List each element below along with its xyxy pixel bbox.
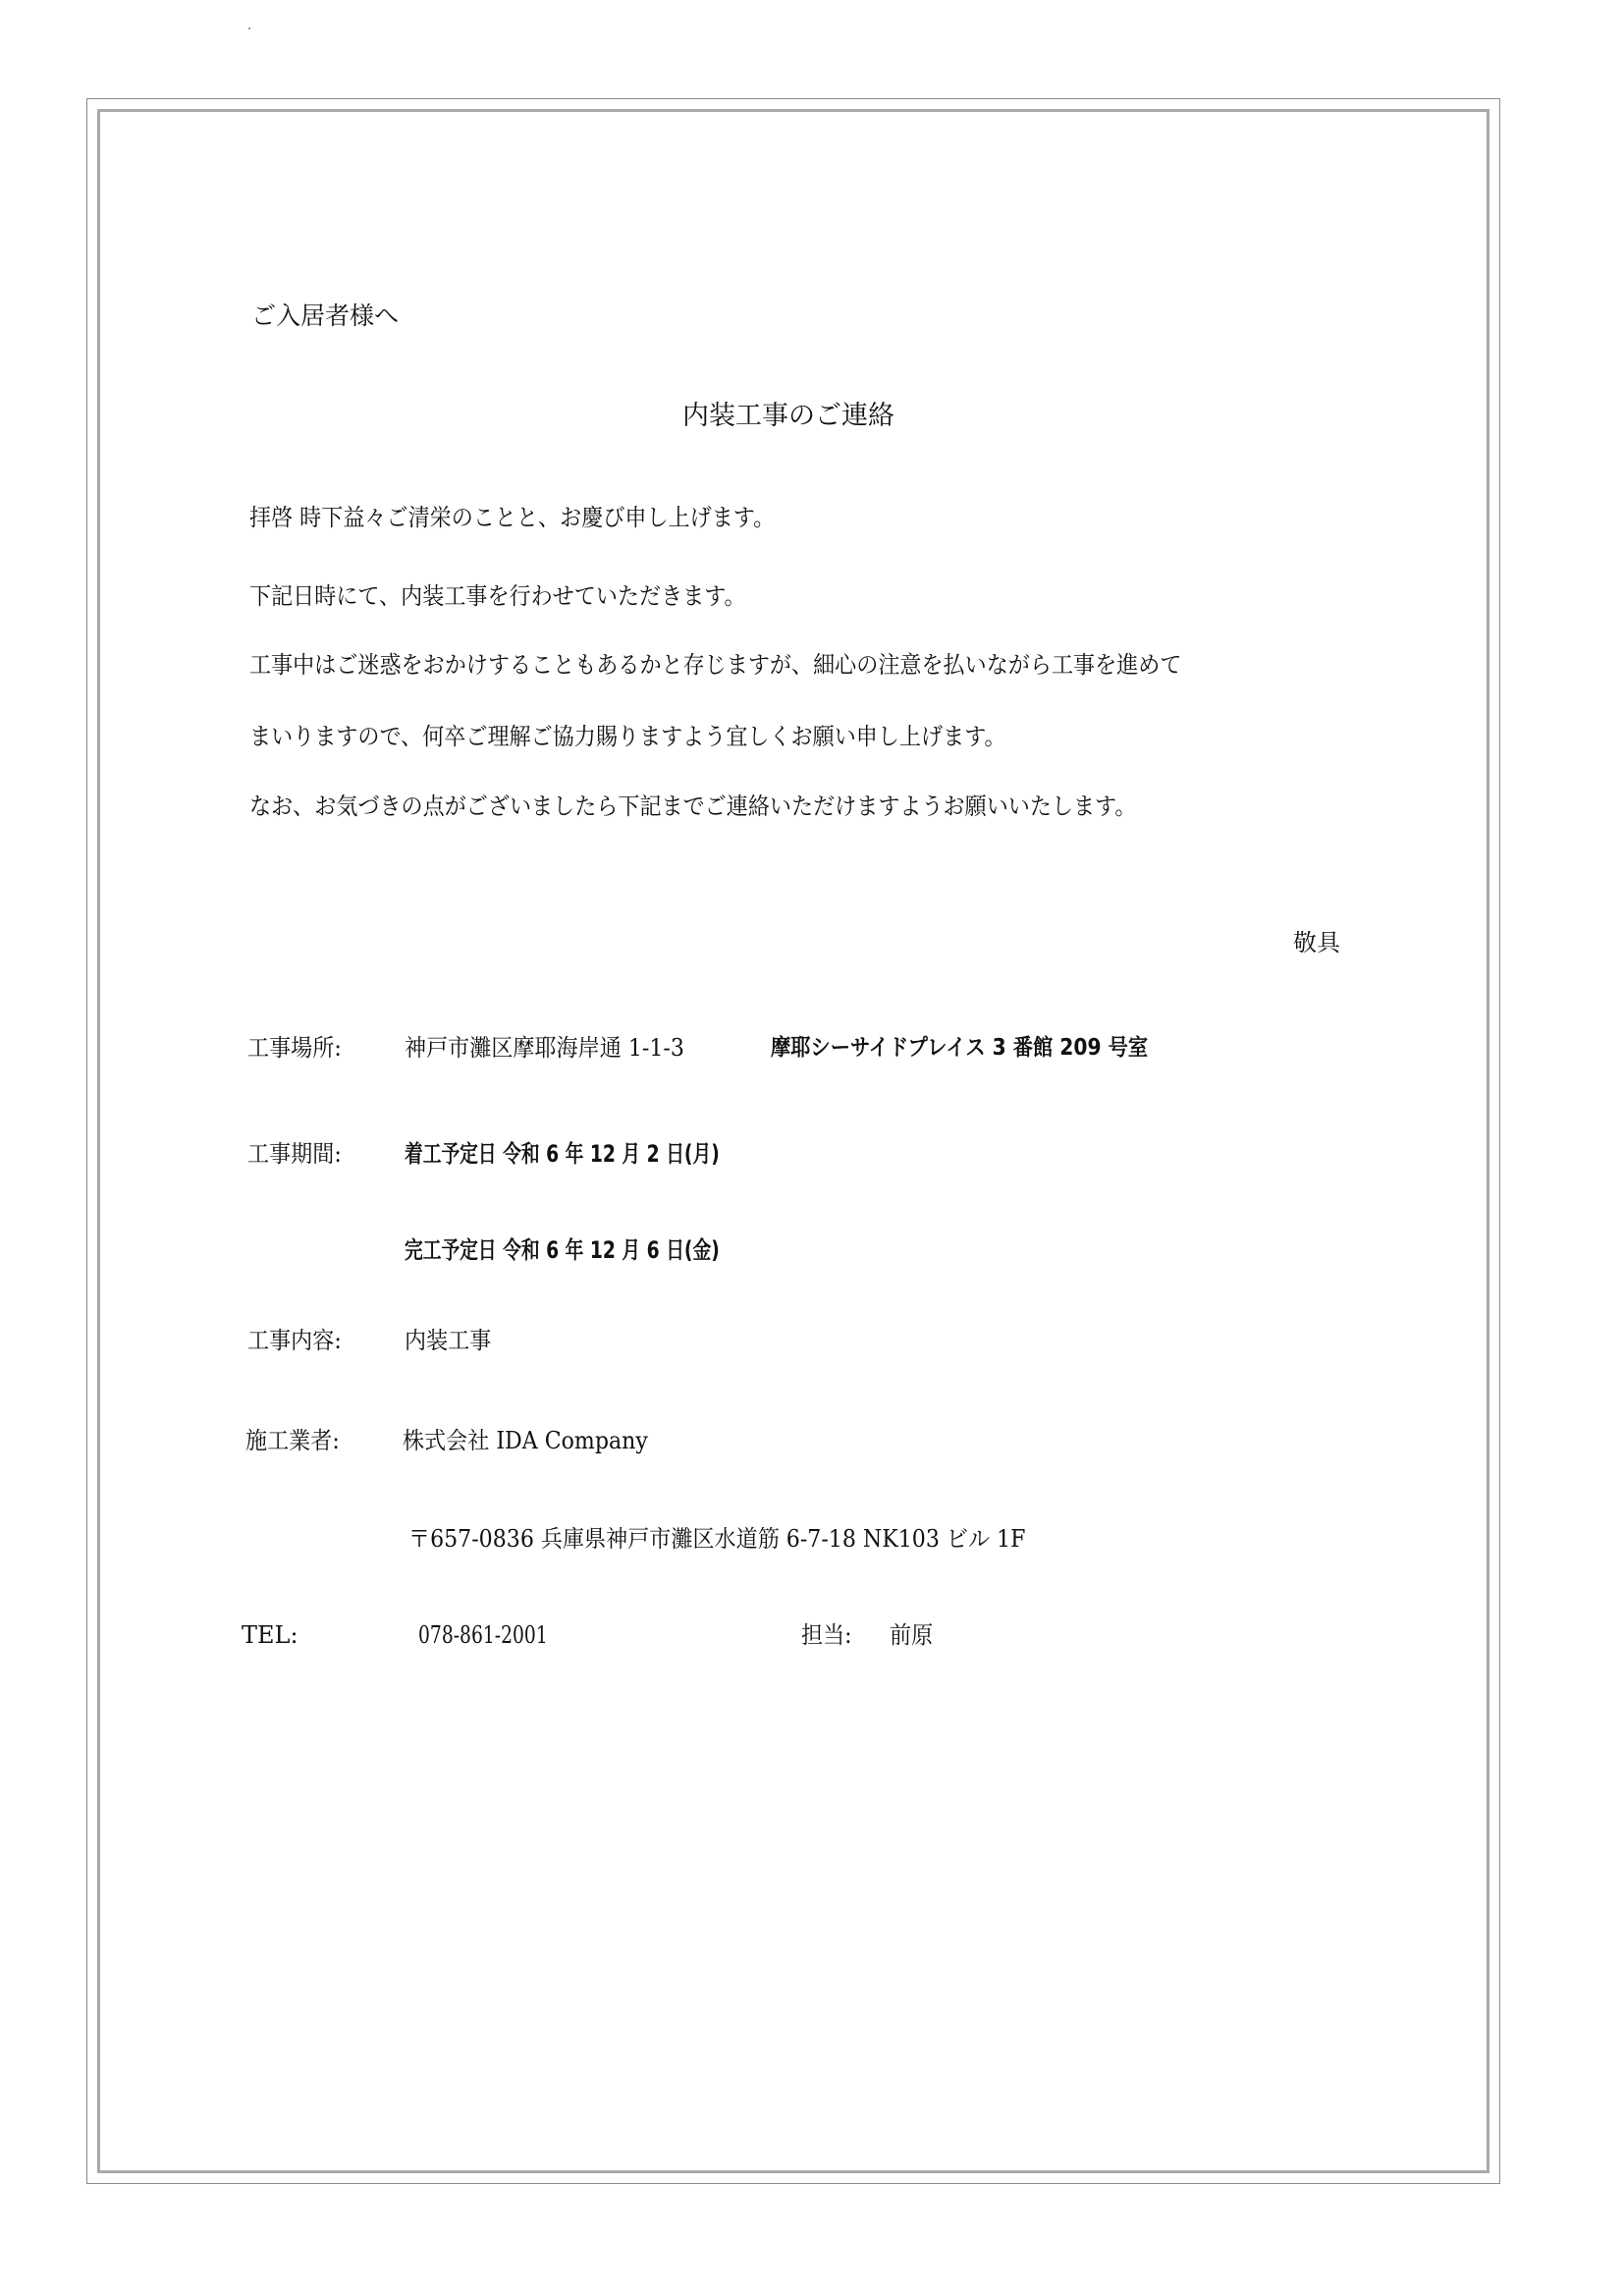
body-line-5: なお、お気づきの点がございましたら下記までご連絡いただけますようお願いいたします… [249,792,1137,821]
body-line-3: 工事中はご迷惑をおかけすることもあるかと存じますが、細心の注意を払いながら工事を… [249,650,1181,680]
period-label: 工事期間: [247,1139,342,1169]
body-line-2: 下記日時にて、内装工事を行わせていただきます。 [249,581,746,611]
location-building: 摩耶シーサイドプレイス 3 番館 209 号室 [771,1033,1148,1063]
tel-number: 078-861-2001 [418,1620,548,1650]
period-start: 着工予定日 令和 6 年 12 月 2 日(月) [405,1139,720,1169]
contractor-name: 株式会社 IDA Company [403,1426,648,1455]
location-label: 工事場所: [247,1033,342,1063]
content-label: 工事内容: [247,1326,342,1355]
closing: 敬具 [1293,928,1340,957]
person-name: 前原 [890,1620,933,1650]
contractor-label: 施工業者: [245,1426,340,1455]
body-line-4: まいりますので、何卒ご理解ご協力賜りますよう宜しくお願い申し上げます。 [249,722,1006,751]
person-label: 担当: [801,1620,852,1650]
scan-speck [248,27,250,29]
page-title: 内装工事のご連絡 [682,402,894,431]
content-value: 内装工事 [405,1326,491,1355]
tel-label: TEL: [242,1620,298,1650]
contractor-address: 〒657-0836 兵庫県神戸市灘区水道筋 6-7-18 NK103 ビル 1F [408,1524,1025,1554]
salutation: ご入居者様へ [251,301,399,331]
body-line-1: 拝啓 時下益々ご清栄のことと、お慶び申し上げます。 [249,503,775,532]
location-address: 神戸市灘区摩耶海岸通 1-1-3 [405,1033,684,1063]
period-end: 完工予定日 令和 6 年 12 月 6 日(金) [405,1235,720,1265]
